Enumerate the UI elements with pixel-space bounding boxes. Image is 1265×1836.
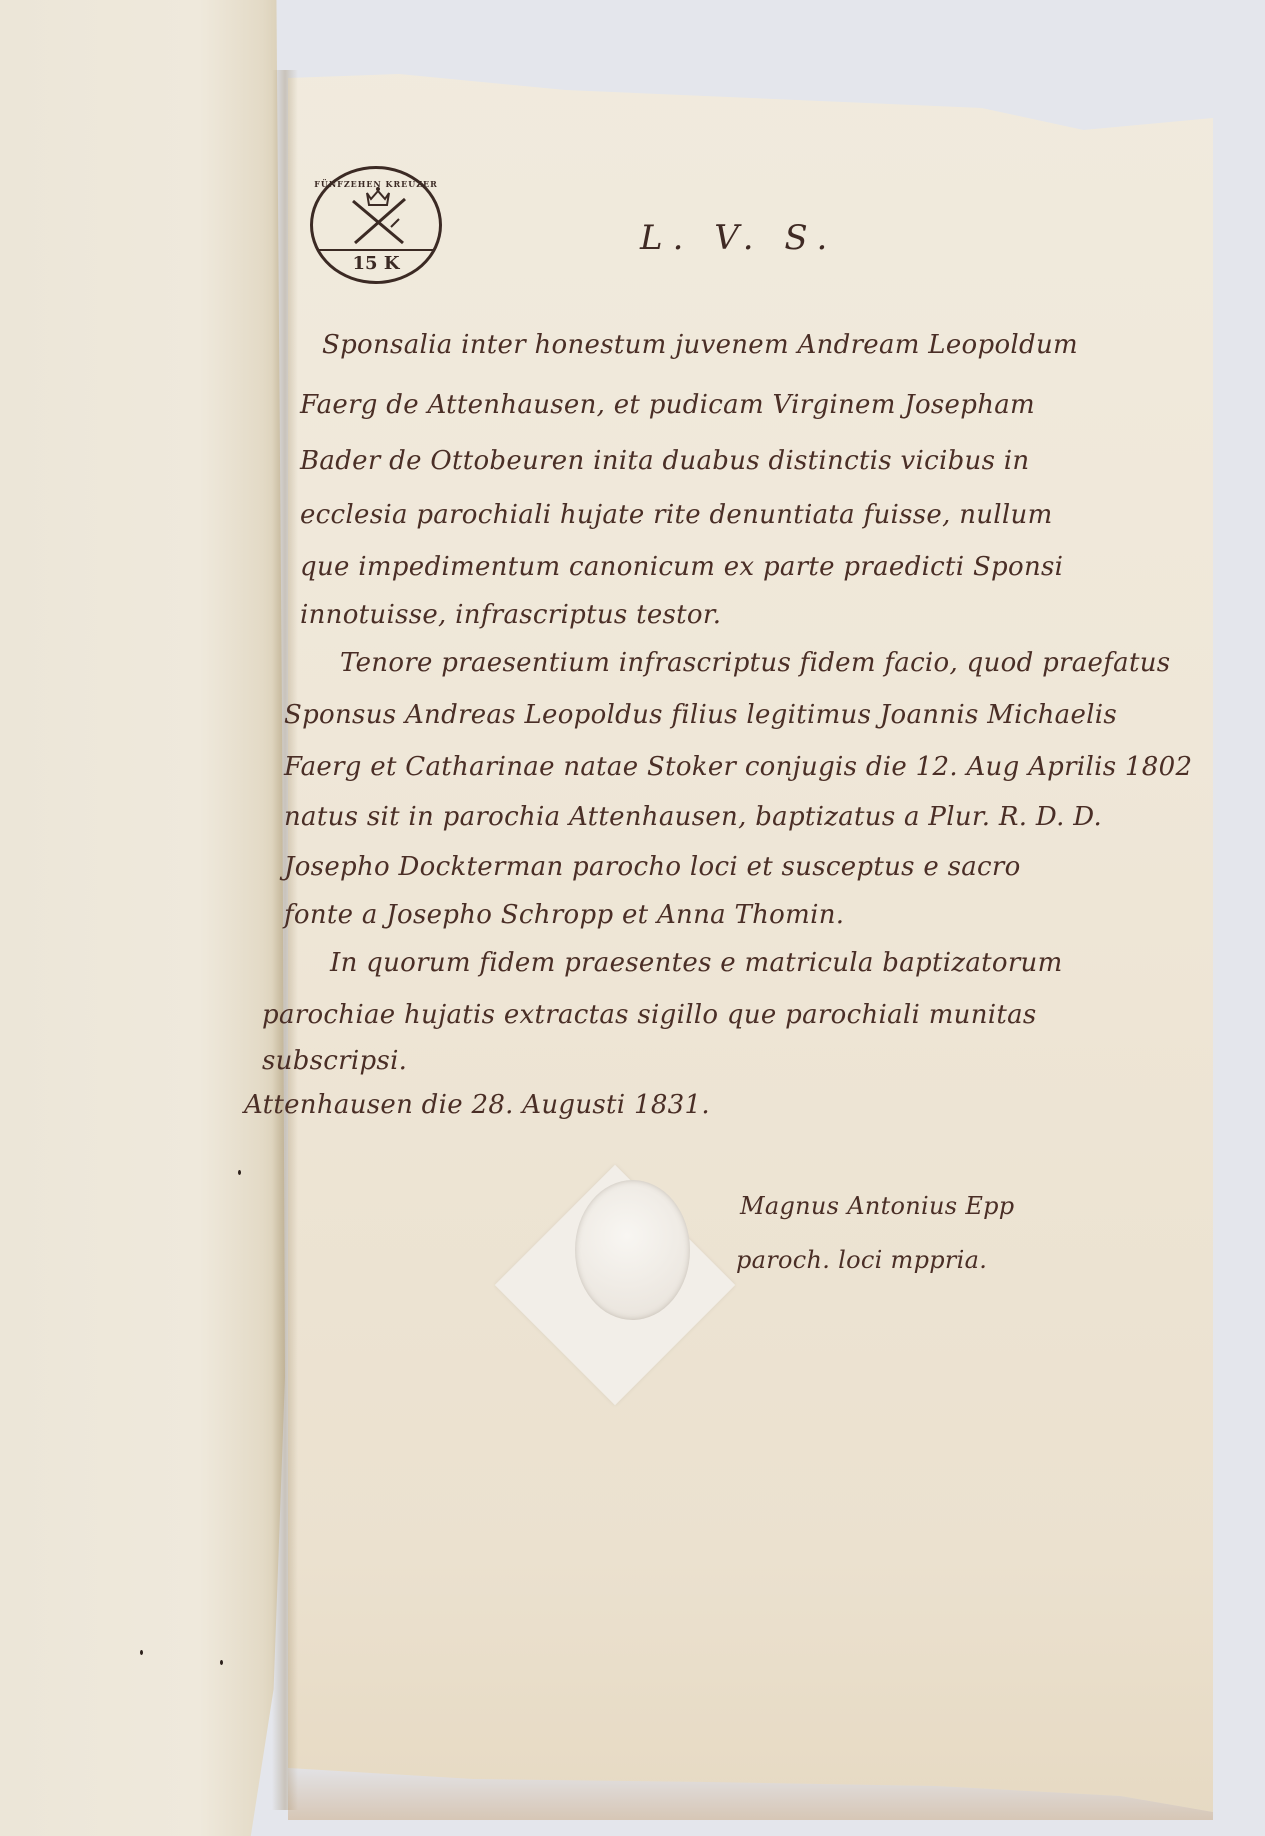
- ink-speck: [220, 1660, 223, 1665]
- page-fold-shadow: [272, 70, 298, 1810]
- text-line: Faerg de Attenhausen, et pudicam Virgine…: [300, 390, 1035, 420]
- embossed-seal: [520, 1160, 740, 1380]
- facing-page: [0, 0, 285, 1836]
- text-line: Sponsus Andreas Leopoldus filius legitim…: [284, 700, 1117, 730]
- text-line: innotuisse, infrascriptus testor.: [300, 600, 721, 630]
- text-line: Faerg et Catharinae natae Stoker conjugi…: [284, 752, 1192, 782]
- text-line: fonte a Josepho Schropp et Anna Thomin.: [284, 900, 844, 930]
- text-line: subscripsi.: [262, 1046, 407, 1076]
- text-line: que impedimentum canonicum ex parte prae…: [300, 552, 1063, 582]
- ink-speck: [238, 1170, 241, 1175]
- text-line: ecclesia parochiali hujate rite denuntia…: [300, 500, 1053, 530]
- text-line: Josepho Dockterman parocho loci et susce…: [284, 852, 1021, 882]
- text-line: Bader de Ottobeuren inita duabus distinc…: [300, 446, 1029, 476]
- stamp-divider: [319, 249, 433, 251]
- seal-impression: [575, 1180, 690, 1320]
- document-heading: L. V. S.: [640, 218, 837, 258]
- text-line: natus sit in parochia Attenhausen, bapti…: [284, 802, 1102, 832]
- text-line: In quorum fidem praesentes e matricula b…: [330, 948, 1063, 978]
- text-line: Tenore praesentium infrascriptus fidem f…: [340, 648, 1170, 678]
- text-line: Sponsalia inter honestum juvenem Andream…: [322, 330, 1078, 360]
- place-date: Attenhausen die 28. Augusti 1831.: [244, 1090, 710, 1120]
- signature-name: Magnus Antonius Epp: [740, 1192, 1014, 1220]
- crown-crossed-swords-icon: [343, 185, 413, 247]
- signature-title: paroch. loci mppria.: [736, 1246, 987, 1274]
- stamp-value: 15 K: [313, 253, 439, 274]
- ink-speck: [140, 1650, 143, 1655]
- text-line: parochiae hujatis extractas sigillo que …: [262, 1000, 1037, 1030]
- tax-stamp: FÜNFZEHEN KREUZER 15 K: [310, 166, 442, 284]
